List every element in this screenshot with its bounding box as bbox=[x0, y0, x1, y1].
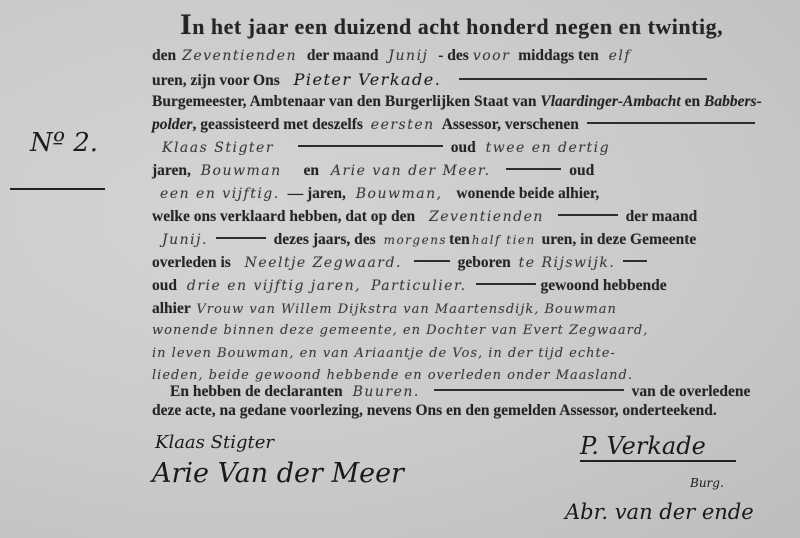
document-title: In het jaar een duizend acht honderd neg… bbox=[180, 8, 723, 42]
blank-rule bbox=[414, 260, 450, 262]
line-assessor: polder, geassisteerd met deszelfs eerste… bbox=[152, 116, 759, 134]
handwritten-death-time-of-day: morgens bbox=[384, 233, 448, 247]
handwritten-declarant-2-age: een en vijftig. bbox=[160, 186, 280, 202]
handwritten-spouse-details: Vrouw van Willem Dijkstra van Maartensdi… bbox=[196, 302, 616, 317]
scanned-death-certificate: Nº 2. In het jaar een duizend acht honde… bbox=[0, 0, 800, 538]
line-registrar: uren, zijn voor Ons Pieter Verkade. bbox=[152, 70, 711, 90]
signature-mayor: P. Verkade bbox=[580, 432, 736, 462]
handwritten-death-hour: half tien bbox=[472, 233, 536, 247]
signature-declarant-2: Arie Van der Meer bbox=[152, 458, 404, 489]
handwritten-death-month: Junij. bbox=[162, 232, 208, 248]
handwritten-registrar-name: Pieter Verkade. bbox=[294, 70, 442, 89]
signature-mayor-title: Burg. bbox=[690, 476, 724, 490]
handwritten-declarant-1-age: twee en dertig bbox=[486, 140, 610, 156]
handwritten-declarant-1-name: Klaas Stigter bbox=[162, 140, 274, 156]
blank-rule bbox=[587, 122, 755, 124]
bleed-through-text bbox=[55, 30, 60, 47]
handwritten-hour: elf bbox=[609, 48, 631, 64]
line-deceased: overleden is Neeltje Zegwaard. geboren t… bbox=[152, 254, 651, 272]
line-spouse: alhier Vrouw van Willem Dijkstra van Maa… bbox=[152, 300, 617, 318]
blank-rule bbox=[558, 214, 618, 216]
handwritten-deceased-name: Neeltje Zegwaard. bbox=[245, 255, 402, 271]
line-declarant-1: Klaas Stigter oud twee en dertig bbox=[152, 139, 610, 157]
line-declarant-2: jaren, Bouwman en Arie van der Meer. oud bbox=[152, 162, 594, 180]
handwritten-death-day: Zeventienden bbox=[429, 209, 544, 225]
signature-assessor: Abr. van der ende bbox=[565, 500, 754, 524]
handwritten-declarant-2-occupation: Bouwman, bbox=[356, 186, 443, 202]
handwritten-time-of-day: voor bbox=[473, 48, 510, 64]
blank-rule bbox=[623, 260, 647, 262]
margin-divider bbox=[10, 188, 105, 190]
handwritten-day: Zeventienden bbox=[182, 48, 297, 64]
blank-rule bbox=[298, 145, 443, 147]
line-death-time: Junij. dezes jaars, des morgenstenhalf t… bbox=[152, 231, 696, 249]
signature-declarant-1: Klaas Stigter bbox=[155, 432, 274, 453]
line-declarant-2-details: een en vijftig. — jaren, Bouwman, wonend… bbox=[152, 185, 599, 203]
handwritten-declarant-1-occupation: Bouwman bbox=[201, 163, 282, 179]
handwritten-parents-line-3: lieden, beide gewoond hebbende en overle… bbox=[152, 368, 633, 383]
blank-rule bbox=[476, 283, 536, 285]
handwritten-month: Junij bbox=[388, 48, 428, 64]
blank-rule bbox=[434, 389, 624, 391]
blank-rule bbox=[506, 168, 561, 170]
line-declaration: welke ons verklaard hebben, dat op den Z… bbox=[152, 208, 697, 226]
handwritten-assessor-ordinal: eersten bbox=[371, 117, 435, 133]
line-relation: En hebben de declaranten Buuren. van de … bbox=[170, 383, 750, 401]
blank-rule bbox=[459, 78, 707, 80]
line-closing: deze acte, na gedane voorlezing, nevens … bbox=[152, 402, 717, 420]
handwritten-parents-line-2: in leven Bouwman, en van Ariaantje de Vo… bbox=[152, 346, 616, 361]
handwritten-parents-line-1: wonende binnen deze gemeente, en Dochter… bbox=[152, 323, 648, 338]
handwritten-birthplace: te Rijswijk. bbox=[519, 255, 616, 271]
margin-record-number: Nº 2. bbox=[30, 128, 98, 158]
handwritten-relation: Buuren. bbox=[353, 384, 420, 400]
handwritten-deceased-occupation: Particulier. bbox=[371, 278, 467, 294]
handwritten-declarant-2-name: Arie van der Meer. bbox=[331, 163, 491, 179]
line-deceased-age: oud drie en vijftig jaren, Particulier. … bbox=[152, 277, 667, 295]
blank-rule bbox=[216, 237, 266, 239]
handwritten-deceased-age: drie en vijftig jaren, bbox=[187, 278, 361, 294]
line-date: denZeventienden der maand Junij - desvoo… bbox=[152, 47, 631, 65]
line-office: Burgemeester, Ambtenaar van den Burgerli… bbox=[152, 93, 762, 111]
